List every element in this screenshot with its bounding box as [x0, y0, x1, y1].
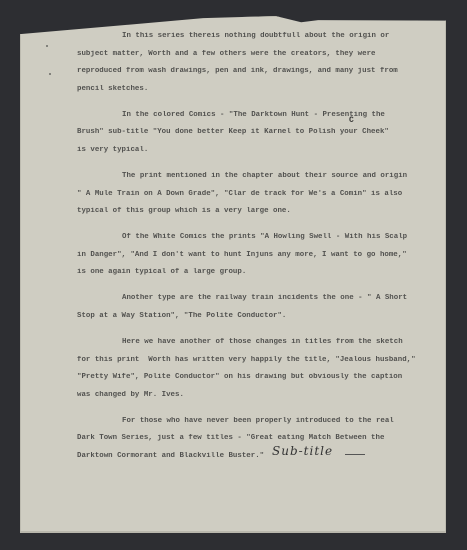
text-line: Stop at a Way Station", "The Polite Cond… [77, 312, 286, 321]
text-line: Here we have another of those changes in… [122, 338, 403, 347]
text-line: typical of this group which is a very la… [77, 207, 291, 216]
text-line: For those who have never been properly i… [122, 417, 394, 426]
margin-mark [46, 45, 48, 47]
text-line: was changed by Mr. Ives. [77, 391, 184, 400]
text-line: is one again typical of a large group. [77, 268, 246, 277]
text-line: subject matter, Worth and a few others w… [77, 50, 376, 59]
text-line: The print mentioned in the chapter about… [122, 172, 407, 181]
text-line: In this series thereis nothing doubtfull… [122, 32, 389, 41]
text-line: Dark Town Series, just a few titles - "G… [77, 434, 384, 443]
handwritten-note: Sub-title [272, 444, 333, 458]
text-line: " A Mule Train on A Down Grade", "Clar d… [77, 190, 402, 199]
handwritten-dash [345, 454, 365, 455]
text-line: in Danger", "And I don't want to hunt In… [77, 251, 407, 260]
text-line: is very typical. [77, 146, 148, 155]
text-line: Darktown Cormorant and Blackville Buster… [77, 452, 264, 461]
text-line: reproduced from wash drawings, pen and i… [77, 67, 398, 76]
text-line: "Pretty Wife", Polite Conductor" on his … [77, 373, 402, 382]
text-line: Another type are the railway train incid… [122, 294, 407, 303]
page-bottom-edge [20, 531, 446, 533]
handwritten-insert: C [349, 116, 354, 125]
margin-mark [49, 73, 51, 75]
text-line: Of the White Comics the prints "A Howlin… [122, 233, 407, 242]
text-line: for this print Worth has written very ha… [77, 356, 416, 365]
text-line: Brush" sub-title "You done better Keep i… [77, 128, 389, 137]
text-line: In the colored Comics - "The Darktown Hu… [122, 111, 385, 120]
text-line: pencil sketches. [77, 85, 148, 94]
